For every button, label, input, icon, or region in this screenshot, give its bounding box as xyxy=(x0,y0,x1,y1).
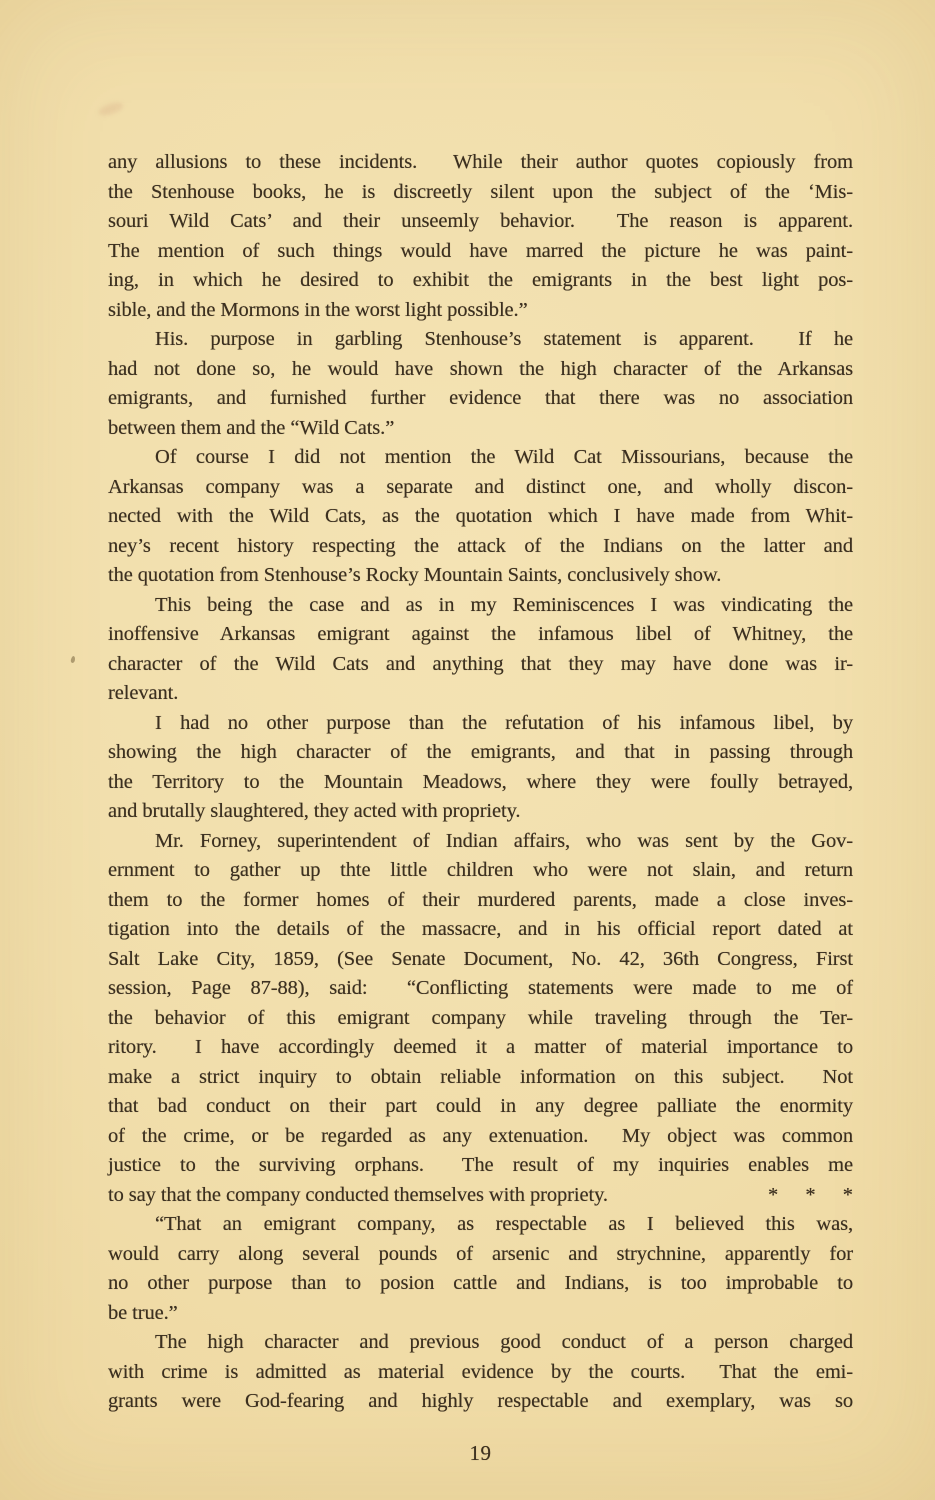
text-line: ney’s recent history respecting the atta… xyxy=(108,532,853,562)
text-line: had not done so, he would have shown the… xyxy=(108,355,853,385)
text-line: character of the Wild Cats and anything … xyxy=(108,650,853,680)
text-line: and brutally slaughtered, they acted wit… xyxy=(108,797,853,827)
text-line: nected with the Wild Cats, as the quotat… xyxy=(108,502,853,532)
text-line: The mention of such things would have ma… xyxy=(108,237,853,267)
text-line: Of course I did not mention the Wild Cat… xyxy=(108,443,853,473)
text-line: souri Wild Cats’ and their unseemly beha… xyxy=(108,207,853,237)
margin-mark xyxy=(70,656,75,664)
text-line: ernment to gather up thte little childre… xyxy=(108,856,853,886)
text-line: “That an emigrant company, as respectabl… xyxy=(108,1210,853,1240)
text-line: justice to the surviving orphans. The re… xyxy=(108,1151,853,1181)
text-line: ritory. I have accordingly deemed it a m… xyxy=(108,1033,853,1063)
text-line: emigrants, and furnished further evidenc… xyxy=(108,384,853,414)
text-line: Mr. Forney, superintendent of Indian aff… xyxy=(108,827,853,857)
text-line: The high character and previous good con… xyxy=(108,1328,853,1358)
text-line: showing the high character of the emigra… xyxy=(108,738,853,768)
text-line: of the crime, or be regarded as any exte… xyxy=(108,1122,853,1152)
text-line: ing, in which he desired to exhibit the … xyxy=(108,266,853,296)
text-line: session, Page 87-88), said: “Conflicting… xyxy=(108,974,853,1004)
text-line: sible, and the Mormons in the worst ligh… xyxy=(108,296,853,326)
text-line: This being the case and as in my Reminis… xyxy=(108,591,853,621)
text-line: that bad conduct on their part could in … xyxy=(108,1092,853,1122)
text-line: no other purpose than to posion cattle a… xyxy=(108,1269,853,1299)
text-line: be true.” xyxy=(108,1299,853,1329)
text-line: to say that the company conducted themse… xyxy=(108,1181,853,1211)
text-line: the Territory to the Mountain Meadows, w… xyxy=(108,768,853,798)
text-line: Arkansas company was a separate and dist… xyxy=(108,473,853,503)
text-line: them to the former homes of their murder… xyxy=(108,886,853,916)
text-line-text: to say that the company conducted themse… xyxy=(108,1181,608,1211)
text-line: grants were God-fearing and highly respe… xyxy=(108,1387,853,1417)
text-line: the behavior of this emigrant company wh… xyxy=(108,1004,853,1034)
text-line: with crime is admitted as material evide… xyxy=(108,1358,853,1388)
text-line: make a strict inquiry to obtain reliable… xyxy=(108,1063,853,1093)
text-line: His. purpose in garbling Stenhouse’s sta… xyxy=(108,325,853,355)
text-line: between them and the “Wild Cats.” xyxy=(108,414,853,444)
text-line: would carry along several pounds of arse… xyxy=(108,1240,853,1270)
text-line: I had no other purpose than the refutati… xyxy=(108,709,853,739)
text-line: any allusions to these incidents. While … xyxy=(108,148,853,178)
text-line: the quotation from Stenhouse’s Rocky Mou… xyxy=(108,561,853,591)
text-line: tigation into the details of the massacr… xyxy=(108,915,853,945)
page-number: 19 xyxy=(108,1441,853,1466)
text-block: any allusions to these incidents. While … xyxy=(108,148,853,1417)
text-line: relevant. xyxy=(108,679,853,709)
text-line: inoffensive Arkansas emigrant against th… xyxy=(108,620,853,650)
book-page: any allusions to these incidents. While … xyxy=(0,0,935,1500)
text-line: the Stenhouse books, he is discreetly si… xyxy=(108,178,853,208)
asterisk-separator: * * * xyxy=(768,1181,853,1211)
paper-smudge xyxy=(97,100,125,118)
text-line: Salt Lake City, 1859, (See Senate Docume… xyxy=(108,945,853,975)
